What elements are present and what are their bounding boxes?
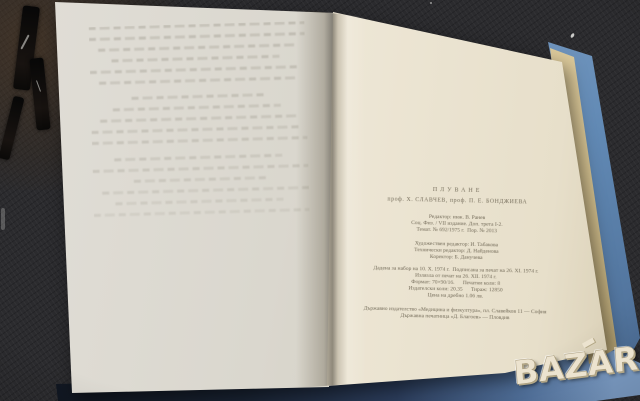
left-page-showthrough [89, 21, 312, 277]
ghost-text-line [89, 32, 305, 41]
ghost-text-line [102, 186, 309, 195]
colophon-block: ПЛУВАНЕ проф. Х. СЛАВЧЕВ, проф. П. Е. БО… [335, 170, 578, 322]
lint-speck [430, 2, 432, 4]
ghost-text-line [91, 125, 298, 134]
ghost-text-line [98, 43, 297, 52]
ghost-text-line [134, 176, 268, 183]
colophon-title: ПЛУВАНЕ [338, 184, 578, 196]
colophon-authors: проф. Х. СЛАВЧЕВ, проф. П. Е. БОНДЖИЕВА [337, 195, 577, 207]
ghost-text-line [111, 55, 279, 63]
ghost-text-line [115, 198, 283, 206]
ghost-text-line [90, 65, 297, 74]
lint-speck [1, 208, 5, 230]
ghost-text-line [92, 136, 308, 145]
ghost-text-line [100, 114, 299, 123]
ghost-text-line [93, 164, 309, 173]
ghost-text-line [132, 93, 266, 100]
ghost-text-line [99, 76, 298, 85]
ghost-text-line [112, 104, 280, 112]
book-photo: ПЛУВАНЕ проф. Х. СЛАВЧЕВ, проф. П. Е. БО… [0, 0, 640, 401]
ghost-text-line [114, 154, 282, 162]
ghost-text-line [94, 208, 310, 217]
gutter-shadow [296, 0, 366, 401]
